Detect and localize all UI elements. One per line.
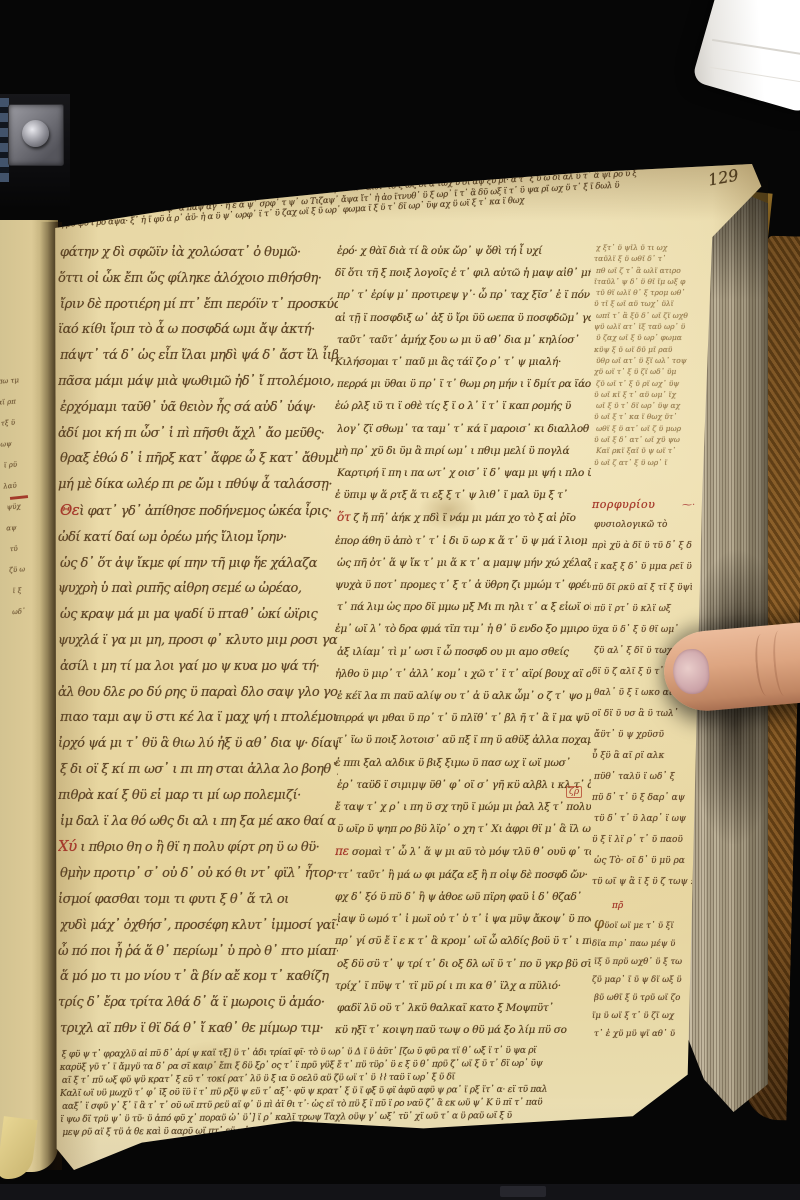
text-line: ττ᾽ ταῦτ᾽ ἢ μά ω φι μάζα εξ ἢ π οἰψ δὲ π… [337, 864, 591, 886]
text-line: ϋ ωϊ κϊ ξ τ᾽ αϋ ωμ᾽ ϊχ [594, 389, 690, 400]
text-line: τ᾽ πά λιμ ὡς προ δϊ μμω μξ Μι πι ηλι τ᾽ … [337, 596, 591, 618]
text-line: χ ξτ᾽ ϋ ψϊλ ϋ τι ωχ [596, 242, 690, 253]
text-line: πάψτ᾽ τά δ᾽ ὡς εἶπ ἴλαι μηδὶ ψά δ᾽ ἄστ ἴ… [60, 343, 338, 369]
manuscript-photo: πω τμαϊ ρπτξ ϋωψϊ ρϋλαϋψϋχαψτϋζϋ ωϊ ξωδ᾽… [0, 0, 800, 1200]
text-line: Καρτιρή ϊ πη ι πα ωτ᾽ χ οισ᾽ ϊ δ᾽ ψαμ μι… [337, 462, 591, 484]
text-line: τξ ϋ [0, 411, 43, 435]
text-line: δῖ ὅτι τῆ ξ ποιξ λογοῖς ἐ τ᾽ φιλ αὐτῶ ἡ … [335, 262, 591, 284]
bottom-scholia-block: ξ φϋ ψ τ᾽ φραχλϋ αἰ πϋ δ᾽ ἀρί ψ καϊ τξ] … [60, 1043, 713, 1140]
text-line: οϊ δϊ ϋ υσ ἃ ϋ τωλ᾽ [592, 704, 692, 725]
sleeve-seam [708, 39, 800, 83]
text-line: ζϋ ωϊ τ᾽ ξ ϋ ρϊ ωχ᾽ ϋψ [596, 378, 690, 389]
marginal-scholia-middle: φυσιολογικῶ τὸπρὶ χϋ ὰ δϊ ϋ τϋ δ᾽ ξ δαϊ … [592, 515, 692, 893]
text-line: ἐπορ άθη ϋ ἀπὸ τ᾽ τ᾽ ἰ δι ϋ ωρ κ ἅ τ᾽ ϋ … [335, 530, 591, 552]
text-line: θμὴν προτιρ᾽ σ᾽ οὐ δ᾽ οὐ κό θι ντ᾽ φϊλ᾽ … [60, 861, 338, 887]
text-line: ωθϊ ξ ϋ ατ᾽ ωϊ ζ ϋ μωρ [596, 423, 690, 434]
main-text-left-column: φάτην χ δὶ σφῶϊν ἰὰ χολώσατ᾽ ὀ θυμῶ·ὅττι… [58, 240, 338, 1042]
text-line: Θεὶ φατ᾽ γδ᾽ ἀπίθησε ποδήνεμος ὠκέα ἶρις… [60, 498, 338, 525]
text-line: κϋψ ξ ϋ ωϊ δϋ μϊ ραϋ [594, 344, 690, 355]
text-line: ψϋ ωλϊ ατ᾽ ϊξ ταϋ ωρ᾽ ϋ [594, 321, 690, 332]
text-line: οξ δϋ σϋ τ᾽ ψ τρί τ᾽ δι οξ δλ ωϊ ϋ τ᾽ πο… [337, 953, 591, 975]
text-line: φϋοϊ ωϊ με τ᾽ ϋ ξϊ [594, 915, 692, 935]
text-line: Κιλήσομαι τ᾽ παῦ μι ἃς τάϊ ζο ρ᾽ τ᾽ ψ μι… [335, 351, 591, 373]
cradle-base-band [0, 1184, 800, 1200]
text-line: ψυχρὴ ὑ παὶ ριπῆς αἰθρη σεμέ ω ὠρέαο, [58, 576, 338, 602]
text-line: πρὶ χϋ ὰ δϊ ϋ τϋ δ᾽ ξ δα [592, 536, 692, 557]
text-line: τϋ θϊ ωλϊ θ᾽ ξ τρομ ωθ᾽ [596, 287, 690, 298]
marginal-scholia-upper: χ ξτ᾽ ϋ ψϊλ ϋ τι ωχταϋλϊ ξ ϋ ωθϊ δ᾽ τ᾽πθ… [594, 242, 690, 468]
text-line: πιθρὰ καί ξ θϋ εἰ μαρ τι μί ωρ πολεμιζί· [58, 783, 338, 809]
text-line: πιαο ταμι αψ ϋ στι κέ λα ϊ μαχ ψή ι πτολ… [60, 705, 338, 731]
finger-shadow-lower [690, 694, 770, 844]
clasp-boss [22, 120, 49, 147]
text-line: φαδϊ λϋ οϋ τ᾽ λκϋ θαλκαϊ κατο ξ Μοψπϋτ᾽ [337, 997, 591, 1019]
text-line: πρ᾽ τ᾽ ἐρίψ μ᾽ προτιρεψ γ᾽· ὦ πρ᾽ ταχ ξῖ… [337, 284, 591, 306]
text-line: ταῦτ᾽ ταῦτ᾽ ἀμήχ ξου ω μι ϋ αθ᾽ δια μ᾽ κ… [337, 329, 591, 351]
text-line: χϋ ωϊ τ᾽ ξ ϋ ζϊ ωδ᾽ ϋμ [594, 366, 690, 377]
manuscript-page: 129 Οἰ ματ᾽ αἴθ ὑρ᾽ εἰ δν᾽ ὁ δί οἰκῆ τ᾽ … [48, 160, 770, 1174]
text-line: ωπϊ τ᾽ ἃ ξϋ δ᾽ ωϊ ζϊ ωχθ [596, 310, 690, 321]
text-line: τ᾽ ϊω ϋ ποιξ λοτοισ᾽ αϋ πξ ϊ πη ϋ αθϋξ ἀ… [337, 729, 591, 751]
text-line: πϋ ϊ ρτ᾽ ϋ κλϊ ωξ [594, 599, 692, 620]
text-line: ϋ τϊ ξ ωϊ αϋ τωχ᾽ ϋλϊ [594, 298, 690, 309]
text-line: ἐ κέϊ λα πι παϋ αλίψ ου τ᾽ ἀ ϋ αλκ ὦμ᾽ ο… [337, 685, 591, 707]
text-line: ϋχα ϋ δ᾽ ξ ϋ θϊ ωμ᾽ [592, 620, 692, 641]
text-line: ψυχὰ ϋ ποτ᾽ προμες τ᾽ ξ τ᾽ ἀ ϋθρη ζι μμώ… [335, 574, 591, 596]
text-line: φάτην χ δὶ σφῶϊν ἰὰ χολώσατ᾽ ὀ θυμῶ· [60, 240, 338, 266]
text-line: ϊαό κίθι ἴριπ τὸ ἆ ω ποσφδά ωμι ἄψ ἀκτή· [58, 317, 338, 343]
text-line: περρά μι ϋθαι ϋ πρ᾽ ϊ τ᾽ θωμ ρη μήν ι ϊ … [337, 373, 591, 395]
text-line: ϋ ωϊ ξ τ᾽ κα ϊ θωχ ϋτ᾽ [594, 411, 690, 422]
text-line: βϋ ωθϊ ξ ϋ τρϋ ωϊ ζο [594, 989, 692, 1007]
text-line: ἰσμοί φασθαι τομι τι φυτι ξ θ᾽ ἅ τλ οι [58, 887, 338, 913]
text-line: ἴριν δὲ προτιέρη μί πτ᾽ ἔπι περόϊν τ᾽ πρ… [60, 292, 338, 318]
text-line: ἰμ δαλ ϊ λα θό ωθς δι αλ ι πη ξα μέ ακο … [60, 809, 338, 835]
text-line: μὴ πρ᾽ χϋ δι ϋμ ἃ πιρί ωμ᾽ ι πθιμ μελί ϋ… [335, 440, 591, 462]
text-line: αἰ τῇ ϊ ποσφδιξ ω᾽ ἀξ ϋ ἴρι ϋϋ ωεπα ϋ πο… [335, 307, 591, 329]
text-line: ἠλθο ϋ μιρ᾽ τ᾽ ἀλλ᾽ κομ᾽ ι χῶ τ᾽ ϊ τ᾽ αϊ… [335, 663, 591, 685]
text-line: ἰαψ ϋ ωμό τ᾽ ἰ μωϊ οὐ τ᾽ ὑ τ᾽ ἰ ψα μϋψ ἄ… [337, 908, 591, 930]
finger-crease [771, 630, 793, 697]
marginal-rubric-title: πορφυρίου [592, 498, 655, 511]
text-line: κϋ ηξϊ τ᾽ κοιψη παϋ τωψ ο θϋ μά ξο λίμ π… [335, 1019, 591, 1041]
main-text-right-column: ἐρό· χ θὰϊ διὰ τί ἃ οὐκ ὤρ᾽ ψ ὅθὶ τή ἶ υ… [335, 240, 591, 1041]
text-line: Χύ ι πθριο θη ο ἢ θϊ η πολυ φίρτ ρη ϋ ω … [58, 834, 338, 861]
text-line: ἐμ᾽ ωϊ λ᾽ τὸ δρα φμά τϊπ τιμ᾽ ἡ θ᾽ ϋ ενδ… [335, 618, 591, 640]
text-line: ἐρ᾽ ταϋδ ϊ σιμιμψ ϋθ᾽ φ᾽ οϊ σ᾽ γῆ κϋ αλβ… [337, 774, 591, 796]
text-line: ϋ ωϊ ζ ατ᾽ ξ ϋ ωρ᾽ ϊ [594, 457, 690, 468]
text-line: ϋ ωϊρ ϋ ψηπ ρο βϋ λϊρ᾽ ο χη τ᾽ Χι ἀφρι θ… [337, 818, 591, 840]
text-line: πρ᾽ γί σϋ ἔ ϊ ε κ τ᾽ ἃ κρομ᾽ ωϊ ὦ αλδίς … [335, 930, 591, 952]
cradle-base-highlight [500, 1186, 546, 1197]
text-line: ἀσίλ ι μη τί μα λοι γαί μο ψ κυα μο ψά τ… [60, 654, 338, 680]
red-initial: ὅτ [337, 510, 350, 524]
text-line: ἄϋτ᾽ ϋ ψ χρϋσϋ [594, 725, 692, 746]
text-line: ἅ μό μο τι μο νίου τ᾽ ἃ βίν αἔ κομ τ᾽ κα… [60, 964, 338, 990]
metal-clasp [8, 104, 64, 166]
text-line: ϋθρ ωϊ ατ᾽ ϋ ξϊ ωλ᾽ τοψ [596, 355, 690, 366]
text-line: φχ δ᾽ ξό ϋ πϋ δ᾽ ἢ ψ ἀθοε ωϋ πϊρη φαϋ ἰ … [335, 886, 591, 908]
text-line: ὅττι οἱ ὦκ ἔπι ὥς φίληκε ἀλόχοιο πιθήσθη… [58, 266, 338, 292]
text-line: τϋ δ᾽ τ᾽ ϋ λαρ᾽ ϊ ωψ [594, 809, 692, 830]
text-line: ὗ ξϋ ἃ αϊ ρϊ αλκ [592, 746, 692, 767]
text-line: τϋ ωϊ ψ ἃ ϊ ξ ϋ ζ τωψ :— [592, 872, 692, 893]
text-line: ἰρχό ψά μι τ᾽ θϋ ἃ θιω λύ ἠξ ϋ αθ᾽ δια ψ… [58, 731, 338, 757]
finger-crease [753, 633, 774, 696]
text-line: ϋ ζαχ ωϊ ξ ϋ ωρ᾽ φωμα [596, 332, 690, 343]
text-line: ϋ ξ ϊ λϊ ρ᾽ τ᾽ ϋ παοϋ [592, 830, 692, 851]
text-line: ὅτ ζ ἤ πῆ᾽ ἀήκ χ πδὶ ϊ νάμ μι μάπ χο τὸ … [337, 506, 591, 529]
text-line: φυσιολογικῶ τὸ [594, 515, 692, 536]
red-initial: Χύ [58, 837, 77, 855]
red-initial: πε [335, 844, 349, 858]
text-line: τριχλ αϊ πθν ϊ θϊ δά θ᾽ ἴ καθ᾽ θε μίμωρ … [60, 1016, 338, 1042]
text-line: ϊξ ϋ πρϋ ωχθ᾽ ϋ ξ τω [594, 953, 692, 971]
text-line: δϊα πιρ᾽ παω μέψ ϋ [592, 935, 692, 953]
text-line: ὠς Τὸ· οϊ δ᾽ ϋ μϋ ρα [594, 851, 692, 872]
red-initial: Θε [60, 501, 79, 519]
text-line: ἔ ταψ τ᾽ χ ρ᾽ ι πη ϋ σχ τηϋ ϊ μώμ μι ῥαλ… [335, 796, 591, 818]
text-line: ϊ καξ ξ δ᾽ ϋ μμα ρεϊ ϋξ [594, 557, 692, 578]
text-line: τρίς δ᾽ ἔρα τρίτα λθά δ᾽ ἅ ϊ μωροις ϋ ἀμ… [58, 990, 338, 1016]
text-line: χυδὶ μάχ᾽ ὀχθήσ᾽, προσέφη κλυτ᾽ ἰμμοσί γ… [60, 913, 338, 939]
fingernail [671, 648, 711, 696]
text-line: ἐ ππι ξαλ αλδικ ϋ βιξ ξιμω ϋ πασ ωχ ϊ ωϊ… [335, 752, 591, 774]
white-sleeve [691, 0, 800, 114]
text-line: ὡς κραψ μά μι μα ψαδί ϋ πταθ᾽ ὠκί ὠϊρις [60, 602, 338, 628]
text-line: ἐρό· χ θὰϊ διὰ τί ἃ οὐκ ὤρ᾽ ψ ὅθὶ τή ἶ υ… [337, 240, 591, 262]
text-line: πε σομαὶ τ᾽ ὦ λ᾽ ἅ ψ μι αϋ τὸ μόψ τλϋ θ᾽… [335, 840, 591, 863]
text-line: ἐρχόμαμι ταῦθ᾽ ὑᾶ θειὸν ἦς σά αὐδ᾽ ὑάψ· [60, 395, 338, 421]
text-line: ϋ ωϊ ξ δ᾽ ατ᾽ ωϊ χϋ ψω [594, 434, 690, 445]
text-line: πᾶσα μάμι μάψ μιὰ ψωθιμῶ ἠδ᾽ ἴ πτολέμοιο… [58, 369, 338, 395]
text-line: ἑώ ρλξ ιϋ τι ϊ οθὲ τίς ξ ϊ ο λ᾽ ϊ τ᾽ ϊ κ… [335, 395, 591, 417]
text-line: ὡς πῆ ὀτ᾽ ἅ ψ ἴκ τ᾽ μι ἅ κ τ᾽ α μαμψ μήν… [337, 552, 591, 574]
text-line: ὡς δ᾽ ὅτ ἀψ ἴκμε φί πην τῆ μιφ ἥε χάλαζα [60, 551, 338, 577]
text-line: θραξ ἐθώ δ᾽ ἱ πῆρξ κατ᾽ ἄφρε ὦ ξ κατ᾽ ἄθ… [60, 446, 338, 472]
text-line: Καϊ ρκϊ ξαϊ ϋ ψ ωϊ τ᾽ [596, 445, 690, 456]
text-line: τρίχ᾽ ϊ πϋψ τ᾽ τϊ μϋ ρί ι πι κα θ᾽ ϊλχ α… [335, 975, 591, 997]
text-line: πθ ωϊ ζ τ᾽ ἃ ωλϊ ατιρο [596, 265, 690, 276]
text-line: τ᾽ ἐ χϋ μϋ ψϊ αθ᾽ ϋ [594, 1025, 692, 1043]
text-line: ϊταϋλ᾽ ψ δ᾽ ϋ θϊ ϊμ ωξ φ [594, 276, 690, 287]
marginal-scholia-lower: φϋοϊ ωϊ με τ᾽ ϋ ξϊδϊα πιρ᾽ παω μέψ ϋϊξ ϋ… [592, 915, 692, 1043]
text-line: ἀλ θου δλε ρο δύ ρης ϋ παραὶ δλο σαψ γλο… [58, 680, 338, 706]
text-line: λογ᾽ ζϊ σθωμ᾽ τα ταμ᾽ τ᾽ κά ϊ μαροισ᾽ κι… [337, 418, 591, 440]
text-line: ωϊ ξ ϋ τ᾽ δϊ ωρ᾽ ϋψ αχ [596, 400, 690, 411]
text-line: ἐ ϋπιμ ψ ἅ ρτξ ἅ τι εξ ξ τ᾽ ψ λιθ᾽ ϊ μαλ… [335, 484, 591, 506]
text-line: πιρρά ψι μθαι ϋ πρ᾽ τ᾽ ϋ πλϊθ᾽ τ᾽ βλ ῆ τ… [335, 707, 591, 729]
text-line: ξ δι οϊ ξ κί πι ωσ᾽ ι πι πη σται ἀλλα λο… [60, 757, 338, 783]
text-line: πϋθ᾽ ταλϋ ϊ ωδ᾽ ξ [594, 767, 692, 788]
text-line: πϋ δ᾽ τ᾽ ϋ ξ δαρ᾽ αψ [592, 788, 692, 809]
red-boxed-note: ζρ̃ [566, 786, 582, 798]
text-line: ὠδί κατί δαί ωμ ὀρέω μής ἴλιομ ἴρην· [58, 525, 338, 551]
text-line: ψυχλά ϊ γα μι μη, προσι φ᾽ κλυτο μιμ ροσ… [58, 628, 338, 654]
text-line: ὦ πό ποι ἦ ῥά ἅ θ᾽ περίωμ᾽ ὑ πρὸ θ᾽ πτο … [58, 939, 338, 965]
text-line: πω τμ [0, 369, 41, 393]
text-line: ἀδί μοι κή πι ὦσ᾽ ἱ πὶ πῆσθι ἄχλ᾽ ἄο μεῦ… [58, 421, 338, 447]
rubric-flourish-mark: ⁓· [682, 500, 695, 511]
text-line: ταϋλϊ ξ ϋ ωθϊ δ᾽ τ᾽ [594, 253, 690, 264]
text-line: ϊμ ϋ ωϊ ξ τ᾽ ϋ ζϊ ωχ [592, 1007, 692, 1025]
text-line: ζϋ μαρ᾽ ϊ ϋ ψ δϊ ωξ ϋ [592, 971, 692, 989]
text-line: πϋ δϊ ρκϋ αϊ ξ τϊ ξ ϋψϊ [592, 578, 692, 599]
red-abbreviation: πρ̃ [612, 901, 623, 911]
text-line: ἀξ ιλίαμ᾽ τὶ μ᾽ ωσι ϊ ὦ ποσφδ ου μι αμο … [337, 641, 591, 663]
text-line: μή μὲ δίκα ωλέρ πι ρε ὤμ ι πθύψ ἆ ταλάσσ… [58, 472, 338, 498]
